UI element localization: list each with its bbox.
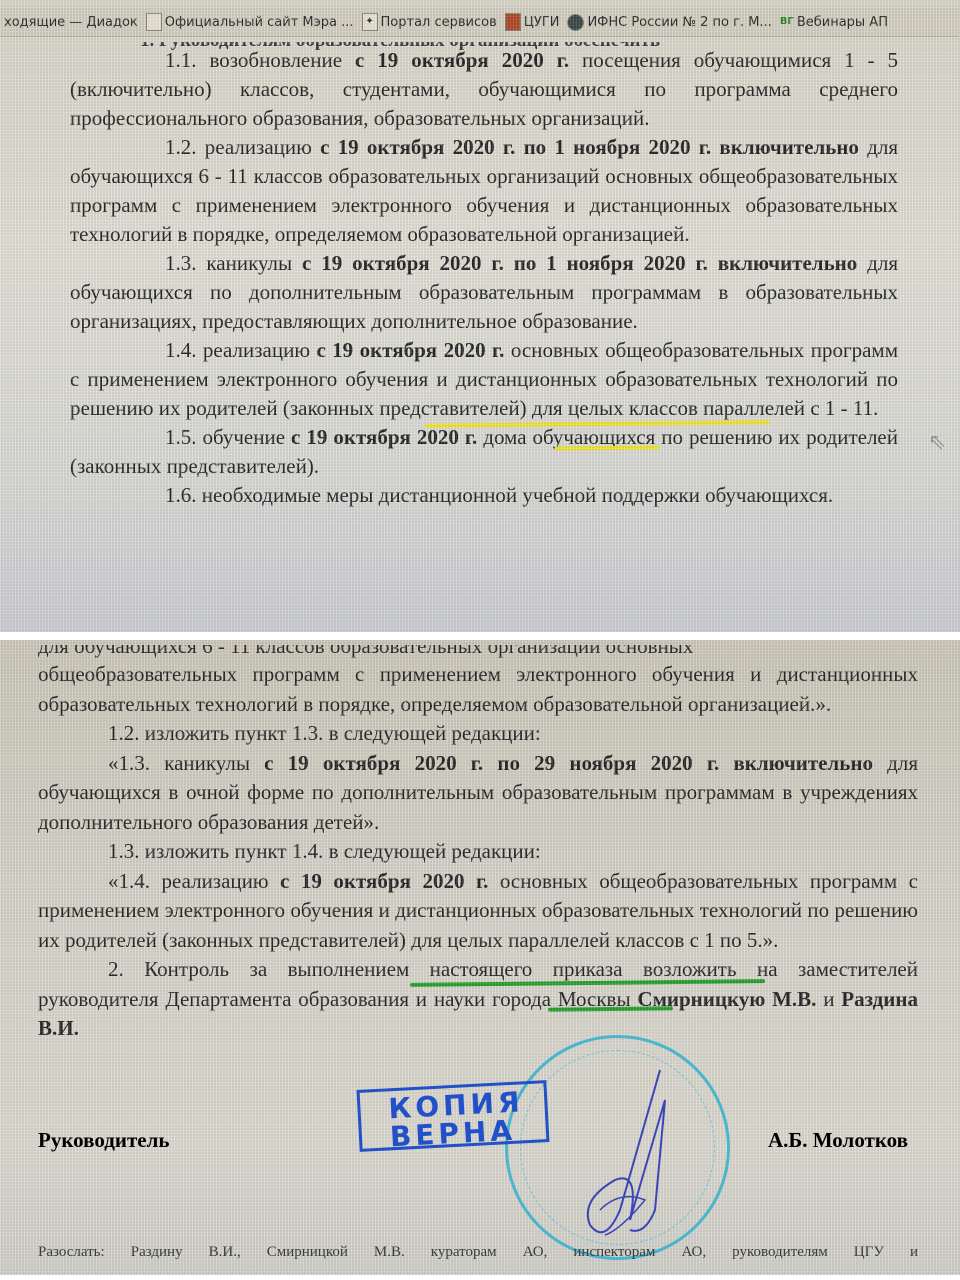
bookmark-label: ходящие — Диадок: [4, 15, 138, 30]
signer-name: А.Б. Молотков: [768, 1128, 908, 1153]
bottom-document-photo: для обучающихся 6 - 11 классов образоват…: [0, 640, 960, 1275]
item-1-2-amend: 1.2. изложить пункт 1.3. в следующей ред…: [38, 719, 918, 749]
mouse-cursor-icon: ⇖: [928, 430, 946, 455]
emblem-icon: ✦: [362, 13, 378, 31]
signature-row: Руководитель А.Б. Молотков: [38, 1128, 908, 1153]
browser-bookmarks-bar: ходящие — Диадок Официальный сайт Мэра .…: [0, 8, 959, 37]
item-1-6: 1.6. необходимые меры дистанционной учеб…: [70, 481, 898, 510]
bookmark-label: Официальный сайт Мэра ...: [165, 15, 354, 30]
quote-1-4: «1.4. реализацию с 19 октября 2020 г. ос…: [38, 867, 918, 956]
item-1-1: 1.1. возобновление с 19 октября 2020 г. …: [70, 46, 898, 133]
vg-logo-icon: ВГ: [780, 14, 794, 30]
top-document-text: 1.1. возобновление с 19 октября 2020 г. …: [70, 46, 898, 510]
page-icon: [146, 13, 162, 31]
bookmark-webinars[interactable]: ВГ Вебинары АП: [780, 14, 888, 30]
item-2: 2. Контроль за выполнением настоящего пр…: [38, 955, 918, 1044]
bookmark-diadok[interactable]: ходящие — Диадок: [4, 15, 138, 30]
bookmark-label: Вебинары АП: [797, 15, 888, 30]
item-1-2: 1.2. реализацию с 19 октября 2020 г. по …: [70, 133, 898, 249]
quote-1-3: «1.3. каникулы с 19 октября 2020 г. по 2…: [38, 749, 918, 838]
bookmark-ifns[interactable]: ИФНС России № 2 по г. М...: [567, 14, 771, 31]
bookmark-label: ИФНС России № 2 по г. М...: [587, 15, 771, 30]
item-1-4: 1.4. реализацию с 19 октября 2020 г. осн…: [70, 336, 898, 423]
bookmark-mayor-site[interactable]: Официальный сайт Мэра ...: [146, 13, 354, 31]
bookmark-tsugi[interactable]: ЦУГИ: [505, 13, 560, 31]
item-1-5: 1.5. обучение с 19 октября 2020 г. дома …: [70, 423, 898, 481]
mailing-list: Разослать: Раздину В.И., Смирницкой М.В.…: [38, 1244, 918, 1261]
item-1-3: 1.3. каникулы с 19 октября 2020 г. по 1 …: [70, 249, 898, 336]
bookmark-label: ЦУГИ: [524, 15, 560, 30]
yellow-highlight-grades: с 1 - 11.: [810, 396, 878, 420]
tax-service-icon: [567, 14, 584, 31]
item-1-3-amend: 1.3. изложить пункт 1.4. в следующей ред…: [38, 837, 918, 867]
handwritten-signature-icon: [560, 1060, 700, 1250]
building-icon: [505, 13, 521, 31]
continuation-text: общеобразовательных программ с применени…: [38, 660, 918, 719]
top-document-photo: ходящие — Диадок Официальный сайт Мэра .…: [0, 0, 960, 632]
bookmark-label: Портал сервисов: [381, 15, 497, 30]
green-highlight-grades: с 1 по 5.».: [690, 928, 779, 952]
signer-title: Руководитель: [38, 1128, 169, 1153]
partial-line: для обучающихся 6 - 11 классов образоват…: [38, 640, 918, 661]
bookmark-services-portal[interactable]: ✦ Портал сервисов: [362, 13, 497, 31]
